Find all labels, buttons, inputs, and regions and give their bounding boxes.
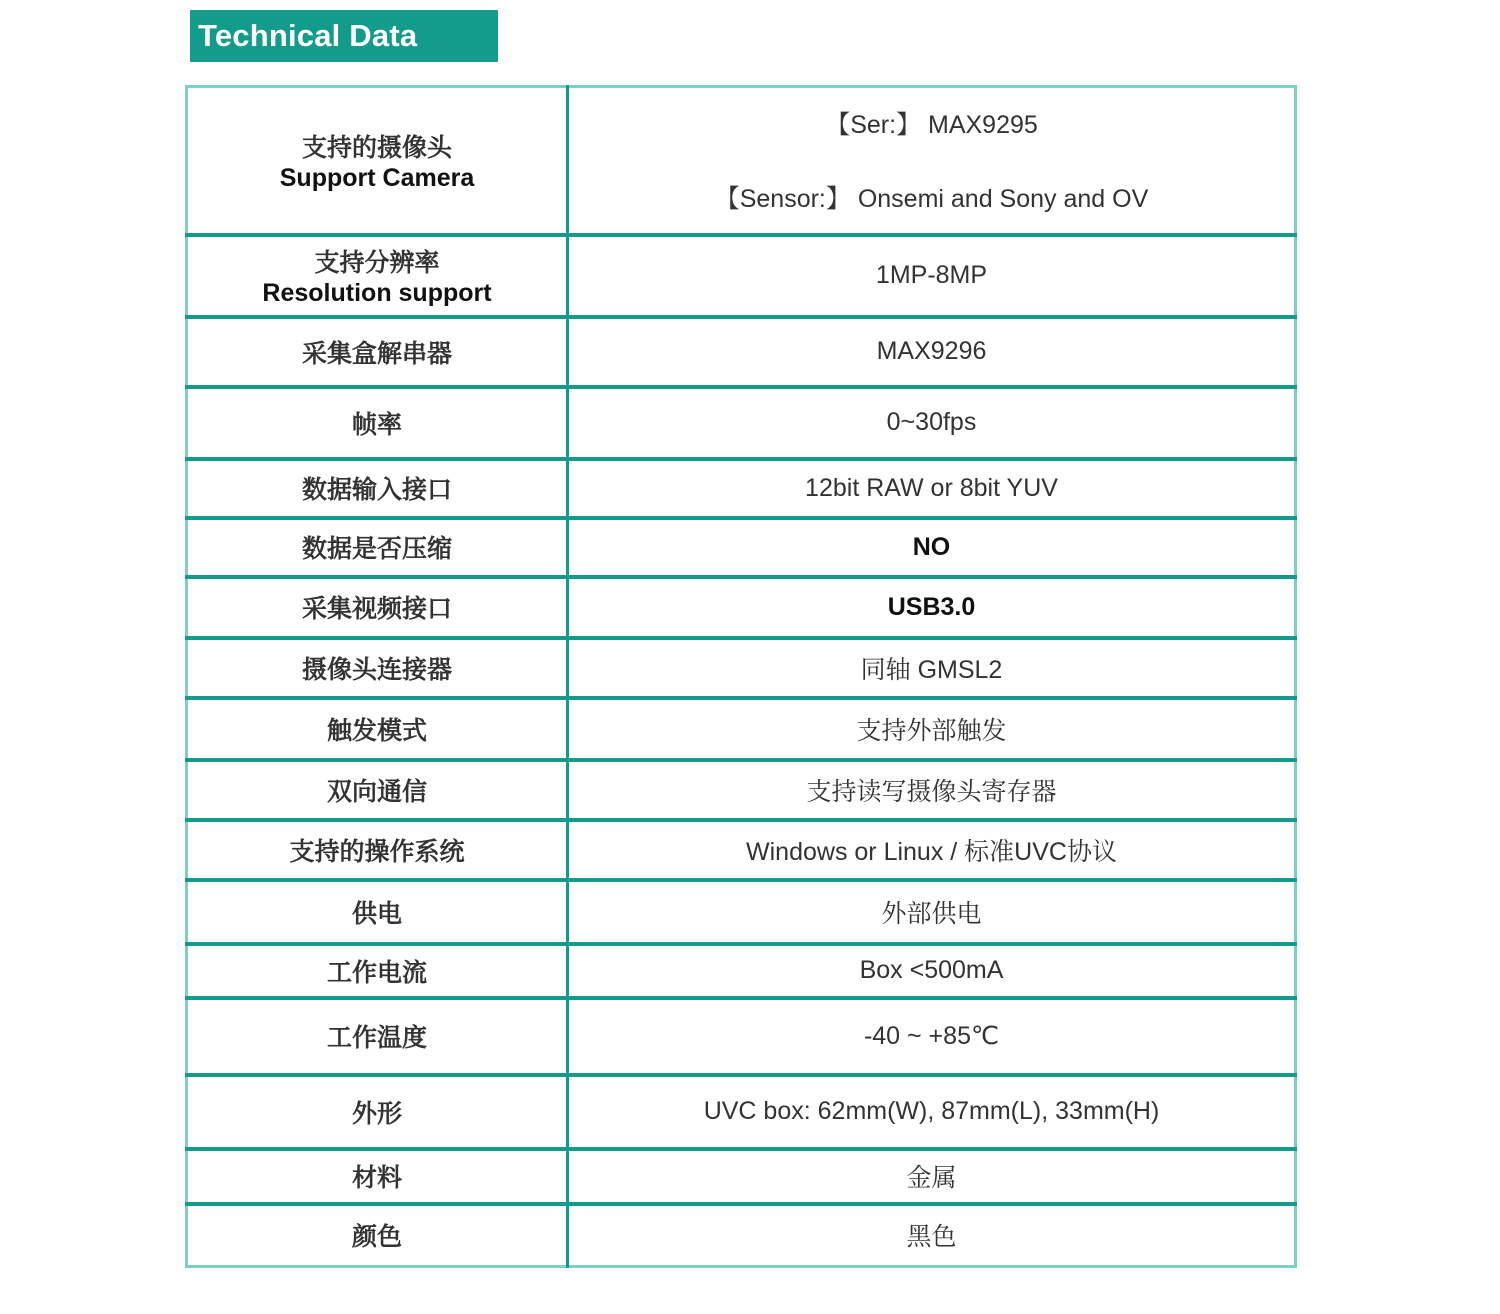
spec-label: 数据输入接口 <box>187 459 568 518</box>
table-row: 支持分辨率Resolution support1MP-8MP <box>187 235 1296 317</box>
table-row: 双向通信支持读写摄像头寄存器 <box>187 760 1296 820</box>
spec-value-line: 【Ser:】 MAX9295 <box>569 105 1294 141</box>
technical-data-table: 支持的摄像头Support Camera【Ser:】 MAX9295【Senso… <box>185 85 1297 1268</box>
table-row: 帧率0~30fps <box>187 387 1296 459</box>
table-row: 触发模式支持外部触发 <box>187 698 1296 760</box>
table-row: 工作温度-40 ~ +85℃ <box>187 998 1296 1075</box>
spec-label: 工作电流 <box>187 944 568 998</box>
spec-value: 同轴 GMSL2 <box>568 638 1296 698</box>
spec-label-zh: 摄像头连接器 <box>188 650 566 686</box>
spec-label-zh: 数据输入接口 <box>188 470 566 506</box>
table-row: 供电外部供电 <box>187 880 1296 944</box>
spec-label-zh: 支持分辨率 <box>188 243 566 279</box>
spec-label: 帧率 <box>187 387 568 459</box>
spec-label: 外形 <box>187 1075 568 1149</box>
spec-label-zh: 材料 <box>188 1158 566 1194</box>
spec-label-zh: 采集视频接口 <box>188 589 566 625</box>
spec-value: 12bit RAW or 8bit YUV <box>568 459 1296 518</box>
spec-label: 数据是否压缩 <box>187 518 568 577</box>
spec-value: 黑色 <box>568 1204 1296 1267</box>
spec-label: 工作温度 <box>187 998 568 1075</box>
spec-value: Windows or Linux / 标准UVC协议 <box>568 820 1296 880</box>
spec-value: 外部供电 <box>568 880 1296 944</box>
spec-value: 支持读写摄像头寄存器 <box>568 760 1296 820</box>
spec-label-zh: 工作电流 <box>188 953 566 989</box>
spec-label: 采集视频接口 <box>187 577 568 638</box>
spec-label: 支持的摄像头Support Camera <box>187 87 568 235</box>
spec-label-zh: 外形 <box>188 1094 566 1130</box>
spec-label: 颜色 <box>187 1204 568 1267</box>
spec-label-zh: 支持的操作系统 <box>188 832 566 868</box>
spec-value: 0~30fps <box>568 387 1296 459</box>
spec-label: 采集盒解串器 <box>187 317 568 387</box>
table-row: 摄像头连接器同轴 GMSL2 <box>187 638 1296 698</box>
spec-label-zh: 帧率 <box>188 405 566 441</box>
table-row: 外形UVC box: 62mm(W), 87mm(L), 33mm(H) <box>187 1075 1296 1149</box>
spec-value-line: 【Sensor:】 Onsemi and Sony and OV <box>569 179 1294 215</box>
spec-value: Box <500mA <box>568 944 1296 998</box>
spec-label-en: Resolution support <box>188 279 566 308</box>
spec-label-zh: 双向通信 <box>188 772 566 808</box>
spec-label: 触发模式 <box>187 698 568 760</box>
table-row: 数据是否压缩NO <box>187 518 1296 577</box>
spec-label-zh: 颜色 <box>188 1217 566 1253</box>
table-row: 采集盒解串器MAX9296 <box>187 317 1296 387</box>
table-row: 采集视频接口USB3.0 <box>187 577 1296 638</box>
spec-label-zh: 支持的摄像头 <box>188 128 566 164</box>
spec-label: 材料 <box>187 1149 568 1204</box>
spec-value: UVC box: 62mm(W), 87mm(L), 33mm(H) <box>568 1075 1296 1149</box>
spec-label-zh: 工作温度 <box>188 1018 566 1054</box>
spec-label-zh: 供电 <box>188 894 566 930</box>
spec-value: MAX9296 <box>568 317 1296 387</box>
spec-value: -40 ~ +85℃ <box>568 998 1296 1075</box>
spec-value: 支持外部触发 <box>568 698 1296 760</box>
spec-value: 【Ser:】 MAX9295【Sensor:】 Onsemi and Sony … <box>568 87 1296 235</box>
table-row: 颜色黑色 <box>187 1204 1296 1267</box>
spec-label: 支持分辨率Resolution support <box>187 235 568 317</box>
spec-label: 双向通信 <box>187 760 568 820</box>
spec-label-zh: 触发模式 <box>188 711 566 747</box>
table-row: 数据输入接口12bit RAW or 8bit YUV <box>187 459 1296 518</box>
spec-label: 摄像头连接器 <box>187 638 568 698</box>
spec-label-zh: 数据是否压缩 <box>188 529 566 565</box>
table-row: 材料金属 <box>187 1149 1296 1204</box>
section-title: Technical Data <box>190 10 498 62</box>
table-row: 支持的操作系统Windows or Linux / 标准UVC协议 <box>187 820 1296 880</box>
spec-value: NO <box>568 518 1296 577</box>
spec-value: USB3.0 <box>568 577 1296 638</box>
spec-value: 1MP-8MP <box>568 235 1296 317</box>
spec-label: 供电 <box>187 880 568 944</box>
spec-label: 支持的操作系统 <box>187 820 568 880</box>
table-row: 支持的摄像头Support Camera【Ser:】 MAX9295【Senso… <box>187 87 1296 235</box>
spec-label-en: Support Camera <box>188 164 566 193</box>
spec-value: 金属 <box>568 1149 1296 1204</box>
table-row: 工作电流Box <500mA <box>187 944 1296 998</box>
spec-label-zh: 采集盒解串器 <box>188 334 566 370</box>
